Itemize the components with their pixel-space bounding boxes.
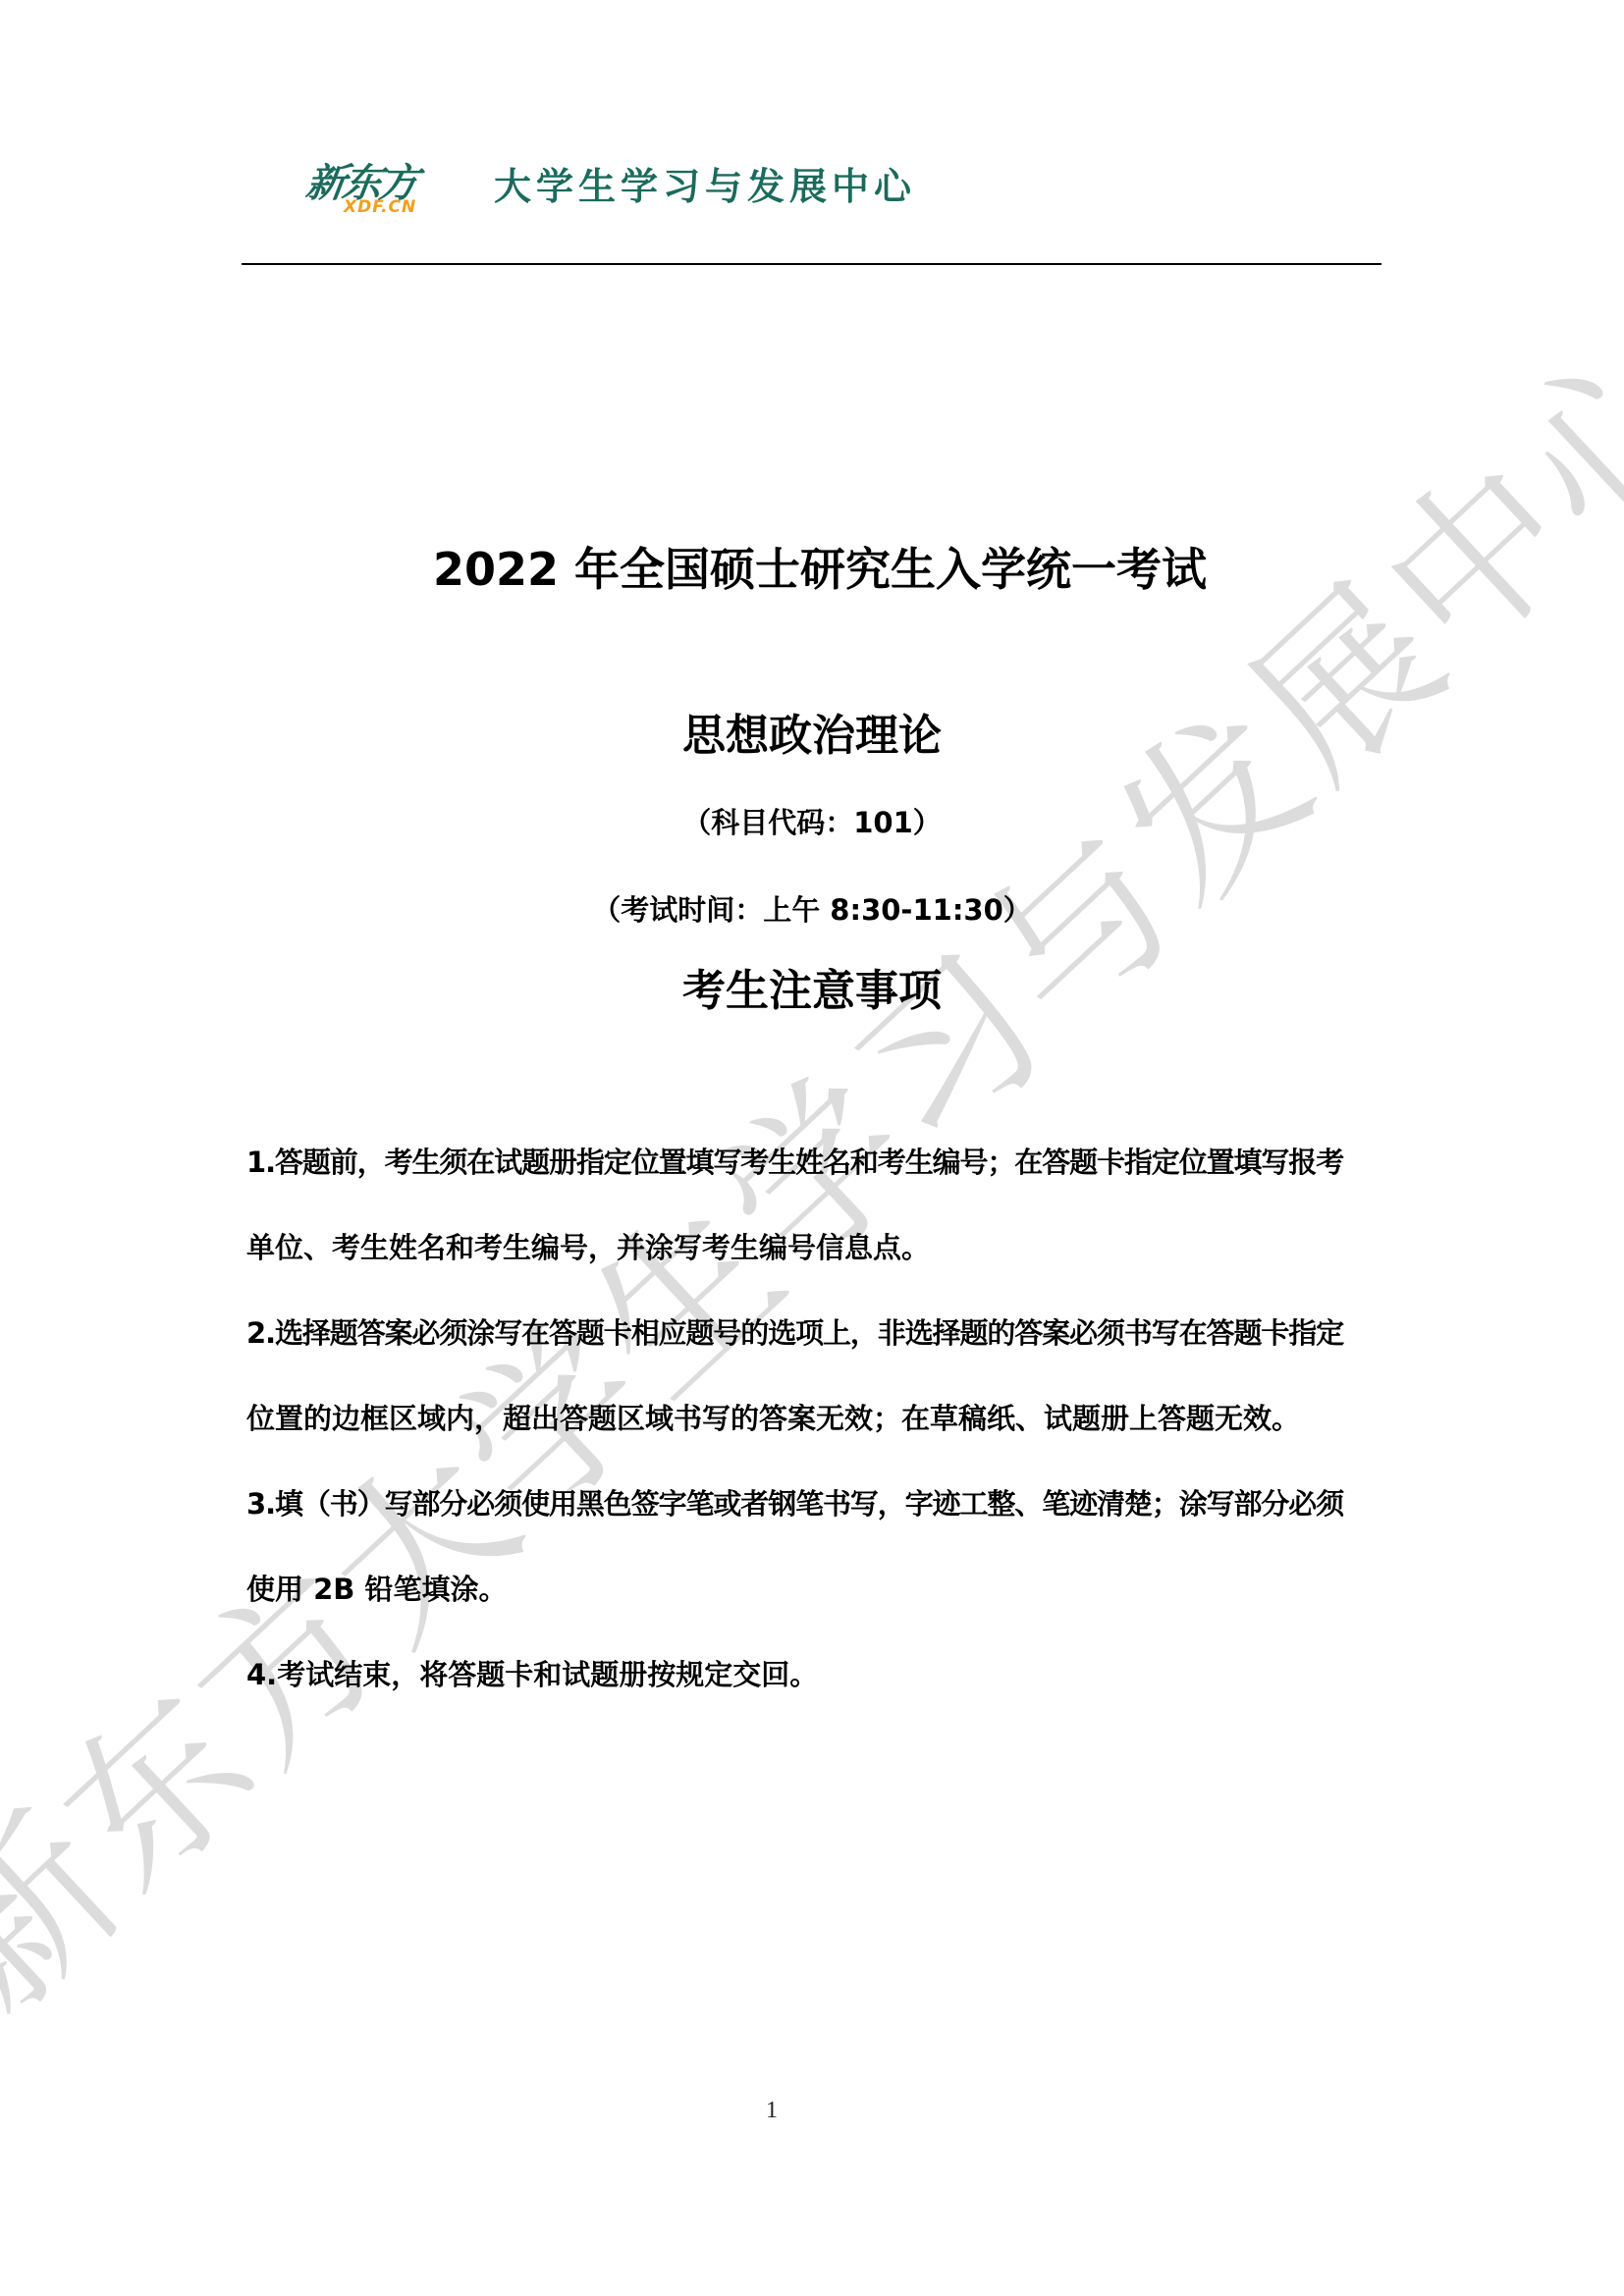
notice-line: 使用 2B 铅笔填涂。 [246,1572,1381,1657]
document-page: 新东方大学生学习与发展中心 新东方 XDF.CN 大学生学习与发展中心 2022… [0,0,1624,2296]
notice-line: 1.答题前，考生须在试题册指定位置填写考生姓名和考生编号；在答题卡指定位置填写报… [246,1145,1381,1230]
content-layer: 新东方 XDF.CN 大学生学习与发展中心 2022 年全国硕士研究生入学统一考… [0,0,1624,2296]
subject-code: （科目代码：101） [0,805,1624,840]
header-subtitle: 大学生学习与发展中心 [494,165,916,208]
notice-list: 1.答题前，考生须在试题册指定位置填写考生姓名和考生编号；在答题卡指定位置填写报… [246,1145,1381,1742]
logo-english-text: XDF.CN [344,198,416,216]
xdf-logo: 新东方 XDF.CN [306,163,473,218]
notice-line: 单位、考生姓名和考生编号，并涂写考生编号信息点。 [246,1230,1381,1315]
notice-line: 3.填（书）写部分必须使用黑色签字笔或者钢笔书写，字迹工整、笔迹清楚；涂写部分必… [246,1486,1381,1572]
subject-title: 思想政治理论 [0,711,1624,762]
notice-line: 4.考试结束，将答题卡和试题册按规定交回。 [246,1657,1381,1742]
exam-title: 2022 年全国硕士研究生入学统一考试 [0,542,1624,597]
page-number: 1 [0,2097,1543,2124]
notice-line: 位置的边框区域内，超出答题区域书写的答案无效；在草稿纸、试题册上答题无效。 [246,1401,1381,1486]
notice-title: 考生注意事项 [0,966,1624,1017]
notice-line: 2.选择题答案必须涂写在答题卡相应题号的选项上，非选择题的答案必须书写在答题卡指… [246,1315,1381,1401]
header-divider [242,263,1381,265]
exam-time: （考试时间：上午 8:30-11:30） [0,892,1624,928]
